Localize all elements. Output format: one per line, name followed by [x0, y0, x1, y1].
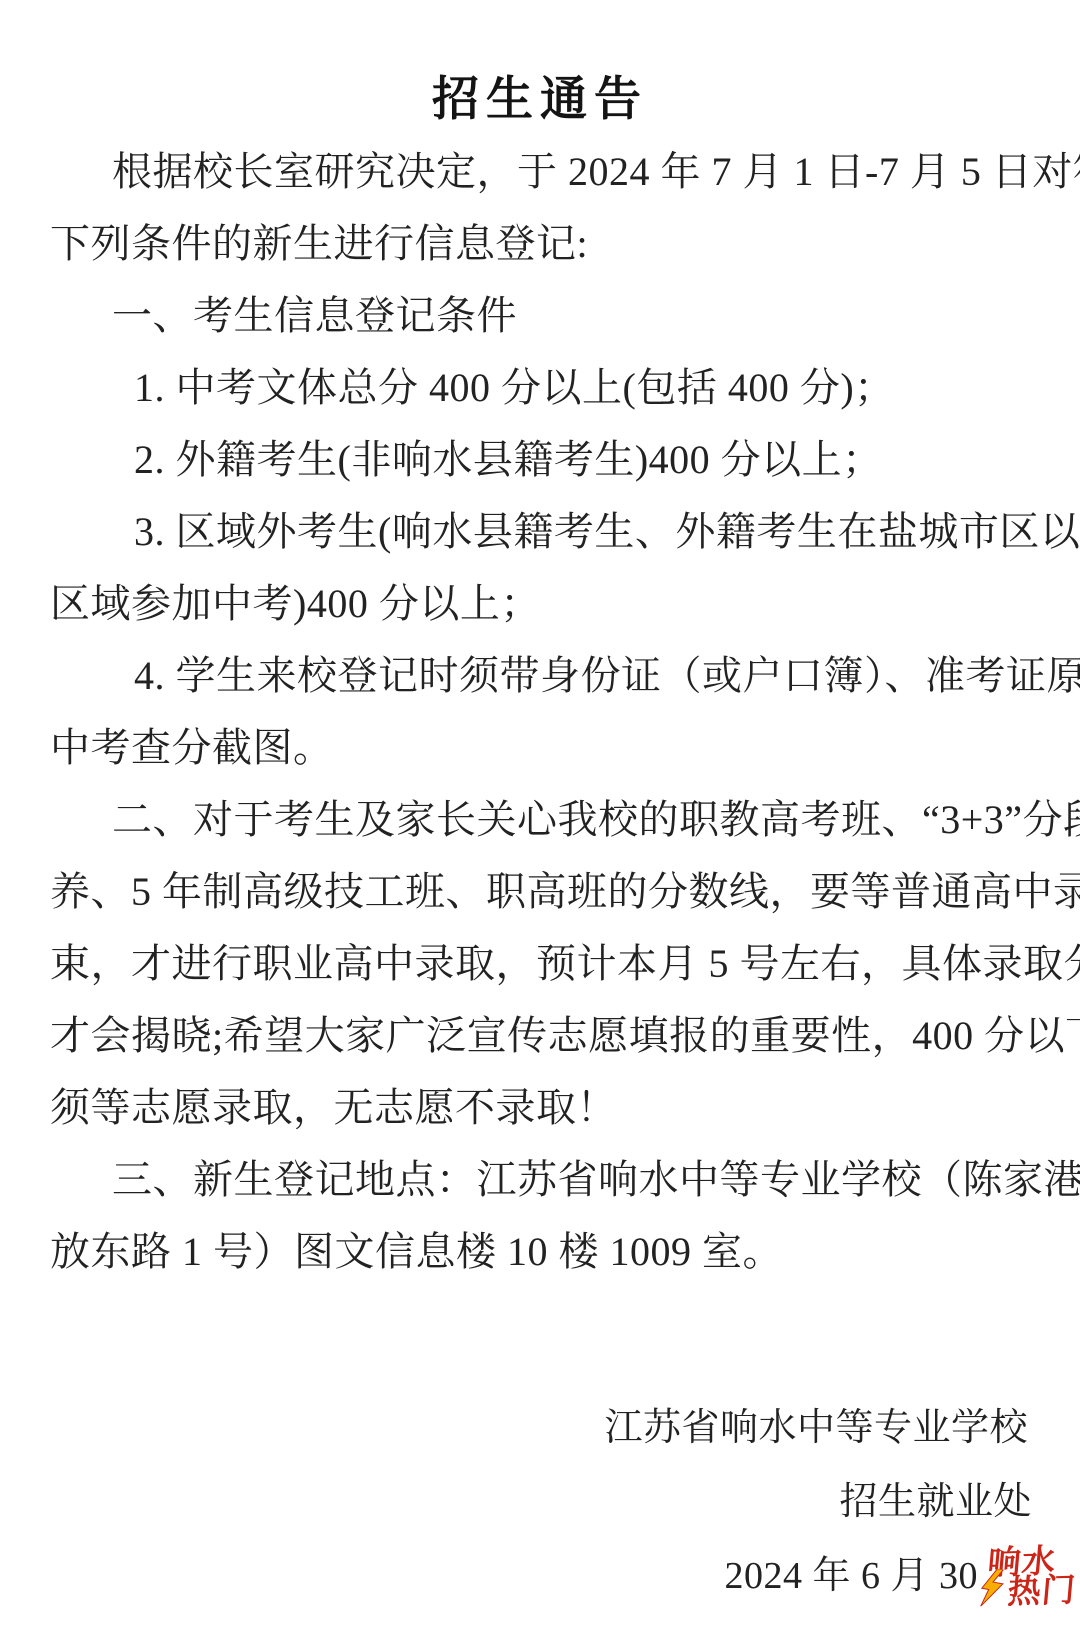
notice-line: 束，才进行职业高中录取，预计本月 5 号左右，具体录取分数线: [50, 924, 1034, 996]
notice-line: 4. 学生来校登记时须带身份证（或户口簿）、准考证原件、: [50, 636, 1034, 708]
notice-line: 须等志愿录取，无志愿不录取！: [50, 1068, 1034, 1140]
signature-office: 招生就业处: [839, 1470, 1032, 1525]
watermark-text-line1: 响水: [986, 1535, 1058, 1584]
signature-date: 2024 年 6 月 30: [724, 1544, 978, 1599]
notice-line: 才会揭晓;希望大家广泛宣传志愿填报的重要性，400 分以下必: [50, 996, 1034, 1068]
watermark-text-line2: 热门: [1006, 1564, 1078, 1613]
lightning-bolt-icon: [977, 1566, 1008, 1610]
notice-line: 3. 区域外考生(响水县籍考生、外籍考生在盐城市区以外: [50, 492, 1034, 564]
notice-line: 下列条件的新生进行信息登记:: [50, 204, 1034, 276]
notice-line: 区域参加中考)400 分以上；: [50, 564, 1034, 636]
notice-line: 一、考生信息登记条件: [50, 276, 1034, 348]
notice-title: 招生通告: [0, 62, 1080, 129]
notice-line: 三、新生登记地点：江苏省响水中等专业学校（陈家港镇解: [50, 1140, 1034, 1212]
notice-line: 二、对于考生及家长关心我校的职教高考班、“3+3”分段培: [50, 780, 1034, 852]
notice-line: 养、5 年制高级技工班、职高班的分数线，要等普通高中录取结: [50, 852, 1034, 924]
signature-school: 江苏省响水中等专业学校: [604, 1396, 1028, 1451]
notice-line: 2. 外籍考生(非响水县籍考生)400 分以上；: [50, 420, 1034, 492]
notice-line: 1. 中考文体总分 400 分以上(包括 400 分)；: [50, 348, 1034, 420]
notice-line: 放东路 1 号）图文信息楼 10 楼 1009 室。: [50, 1212, 1034, 1284]
notice-line: 根据校长室研究决定，于 2024 年 7 月 1 日-7 月 5 日对符合: [50, 132, 1034, 204]
notice-line: 中考查分截图。: [50, 708, 1034, 780]
watermark-logo: 响水 热门: [972, 1538, 1078, 1612]
notice-document: 招生通告 根据校长室研究决定，于 2024 年 7 月 1 日-7 月 5 日对…: [0, 0, 1080, 1625]
notice-body: 根据校长室研究决定，于 2024 年 7 月 1 日-7 月 5 日对符合下列条…: [50, 132, 1034, 1284]
